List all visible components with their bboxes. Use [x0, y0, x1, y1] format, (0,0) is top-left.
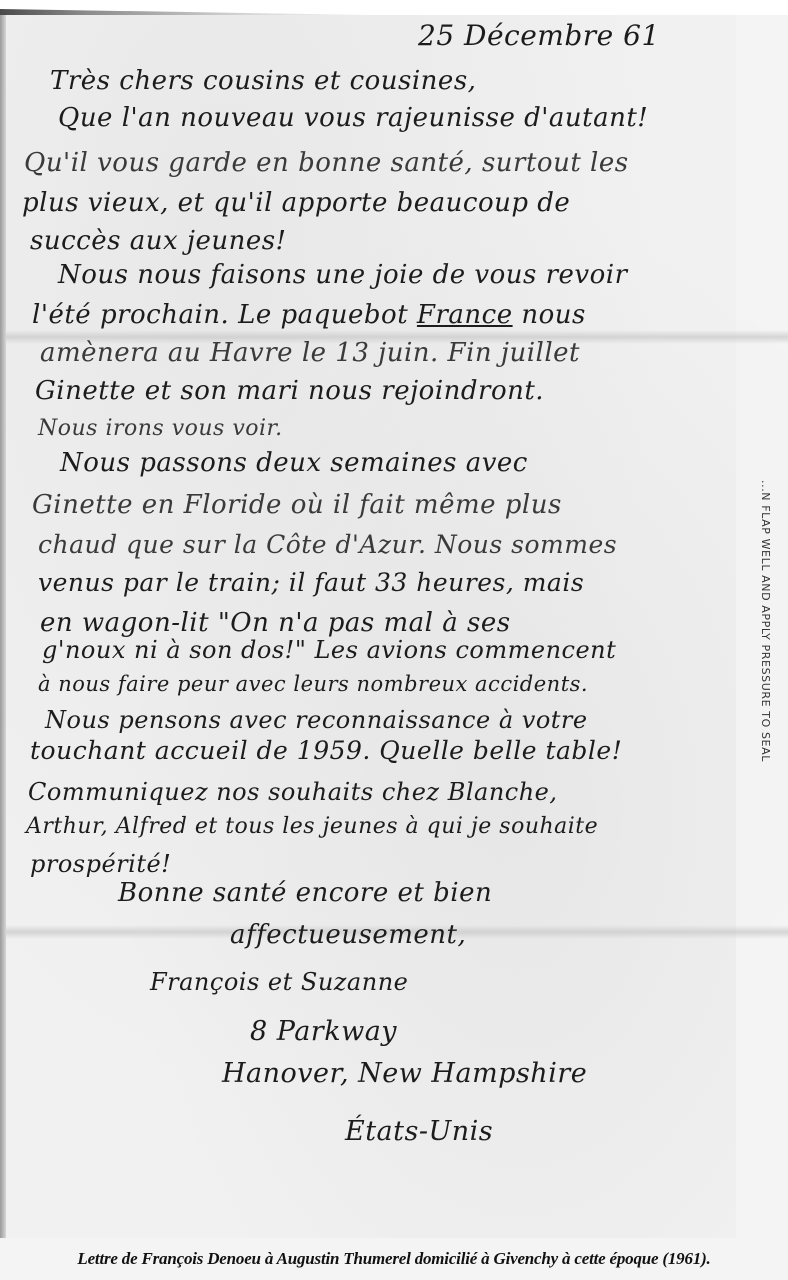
letter-line: à nous faire peur avec leurs nombreux ac…: [38, 674, 588, 695]
letter-line: l'été prochain. Le paquebot France nous: [32, 302, 586, 328]
letter-line: Nous nous faisons une joie de vous revoi…: [58, 262, 628, 288]
letter-line: Nous passons deux semaines avec: [60, 450, 528, 476]
letter-closing: Bonne santé encore et bien: [118, 880, 492, 906]
address-line: 8 Parkway: [250, 1018, 397, 1045]
letter-line: amènera au Havre le 13 juin. Fin juillet: [40, 340, 580, 366]
letter-line: Nous pensons avec reconnaissance à votre: [45, 708, 588, 732]
letter-line: plus vieux, et qu'il apporte beaucoup de: [22, 190, 570, 216]
letter-line: Communiquez nos souhaits chez Blanche,: [28, 780, 558, 804]
letter-signature: François et Suzanne: [150, 970, 408, 994]
letter-line: g'noux ni à son dos!" Les avions commenc…: [42, 638, 616, 662]
envelope-flap-print: ...N FLAP WELL AND APPLY PRESSURE TO SEA…: [759, 480, 772, 762]
letter-closing: affectueusement,: [230, 922, 466, 948]
letter-line: Ginette en Floride où il fait même plus: [32, 492, 562, 518]
scanned-letter: 25 Décembre 61 Très chers cousins et cou…: [0, 0, 788, 1238]
letter-line: Arthur, Alfred et tous les jeunes à qui …: [26, 816, 598, 838]
letter-line: touchant accueil de 1959. Quelle belle t…: [30, 738, 622, 763]
ship-name: France: [417, 300, 513, 330]
caption-bar: Lettre de François Denoeu à Augustin Thu…: [0, 1238, 788, 1280]
letter-salutation: Très chers cousins et cousines,: [50, 68, 476, 94]
letter-line: Ginette et son mari nous rejoindront.: [35, 378, 544, 404]
letter-line: succès aux jeunes!: [30, 228, 287, 254]
letter-line: chaud que sur la Côte d'Azur. Nous somme…: [38, 532, 617, 557]
letter-line: prospérité!: [30, 852, 171, 876]
letter-line: Qu'il vous garde en bonne santé, surtout…: [24, 150, 629, 176]
letter-line: Nous irons vous voir.: [38, 418, 283, 440]
letter-line: venus par le train; il faut 33 heures, m…: [38, 570, 584, 595]
address-line: Hanover, New Hampshire: [222, 1060, 587, 1087]
letter-line: Que l'an nouveau vous rajeunisse d'autan…: [58, 105, 648, 131]
letter-line: en wagon-lit "On n'a pas mal à ses: [40, 610, 511, 636]
address-line: États-Unis: [345, 1118, 493, 1145]
image-caption: Lettre de François Denoeu à Augustin Thu…: [77, 1249, 710, 1269]
letter-date: 25 Décembre 61: [418, 22, 660, 50]
letter-line-text: l'été prochain. Le paquebot France nous: [32, 300, 586, 330]
